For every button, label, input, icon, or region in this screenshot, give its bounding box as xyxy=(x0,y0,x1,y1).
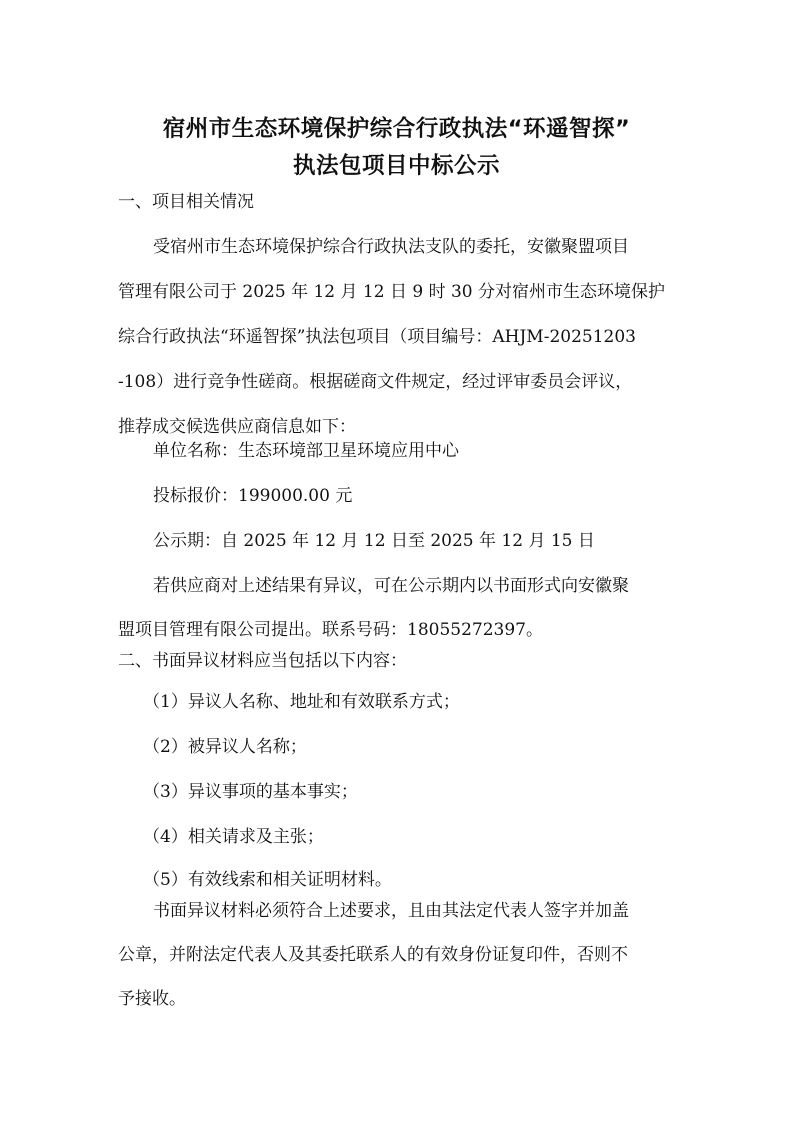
section-1-heading: 一、项目相关情况 xyxy=(118,191,254,213)
objection-line-1: 若供应商对上述结果有异议，可在公示期内以书面形式向安徽聚 xyxy=(153,575,629,597)
closing-line-2: 公章，并附法定代表人及其委托联系人的有效身份证复印件，否则不 xyxy=(118,944,628,966)
intro-line-1: 受宿州市生态环境保护综合行政执法支队的委托，安徽聚盟项目 xyxy=(153,236,629,258)
unit-name: 单位名称：生态环境部卫星环境应用中心 xyxy=(153,440,459,462)
section-2-heading: 二、书面异议材料应当包括以下内容： xyxy=(118,650,407,672)
requirement-item-1: （1）异议人名称、地址和有效联系方式； xyxy=(143,691,460,713)
publicity-period: 公示期：自 2025 年 12 月 12 日至 2025 年 12 月 15 日 xyxy=(153,530,595,552)
document-page: 宿州市生态环境保护综合行政执法“环遥智探” 执法包项目中标公示 一、项目相关情况… xyxy=(0,0,793,1122)
requirement-item-3: （3）异议事项的基本事实； xyxy=(143,781,358,803)
closing-line-3: 予接收。 xyxy=(118,988,186,1010)
requirement-item-4: （4）相关请求及主张； xyxy=(143,826,324,848)
title-line-1: 宿州市生态环境保护综合行政执法“环遥智探” xyxy=(0,111,793,143)
requirement-item-5: （5）有效线索和相关证明材料。 xyxy=(143,869,392,891)
intro-line-5: 推荐成交候选供应商信息如下： xyxy=(118,416,356,438)
bid-price: 投标报价：199000.00 元 xyxy=(153,485,352,507)
requirement-item-2: （2）被异议人名称； xyxy=(143,736,307,758)
closing-line-1: 书面异议材料必须符合上述要求，且由其法定代表人签字并加盖 xyxy=(153,900,629,922)
intro-line-2: 管理有限公司于 2025 年 12 月 12 日 9 时 30 分对宿州市生态环… xyxy=(118,281,665,303)
title-line-2: 执法包项目中标公示 xyxy=(0,148,793,180)
intro-line-3: 综合行政执法“环遥智探”执法包项目（项目编号：AHJM-20251203 xyxy=(118,326,636,348)
objection-line-2: 盟项目管理有限公司提出。联系号码：18055272397。 xyxy=(118,619,543,641)
intro-line-4: -108）进行竞争性磋商。根据磋商文件规定，经过评审委员会评议， xyxy=(118,371,632,393)
